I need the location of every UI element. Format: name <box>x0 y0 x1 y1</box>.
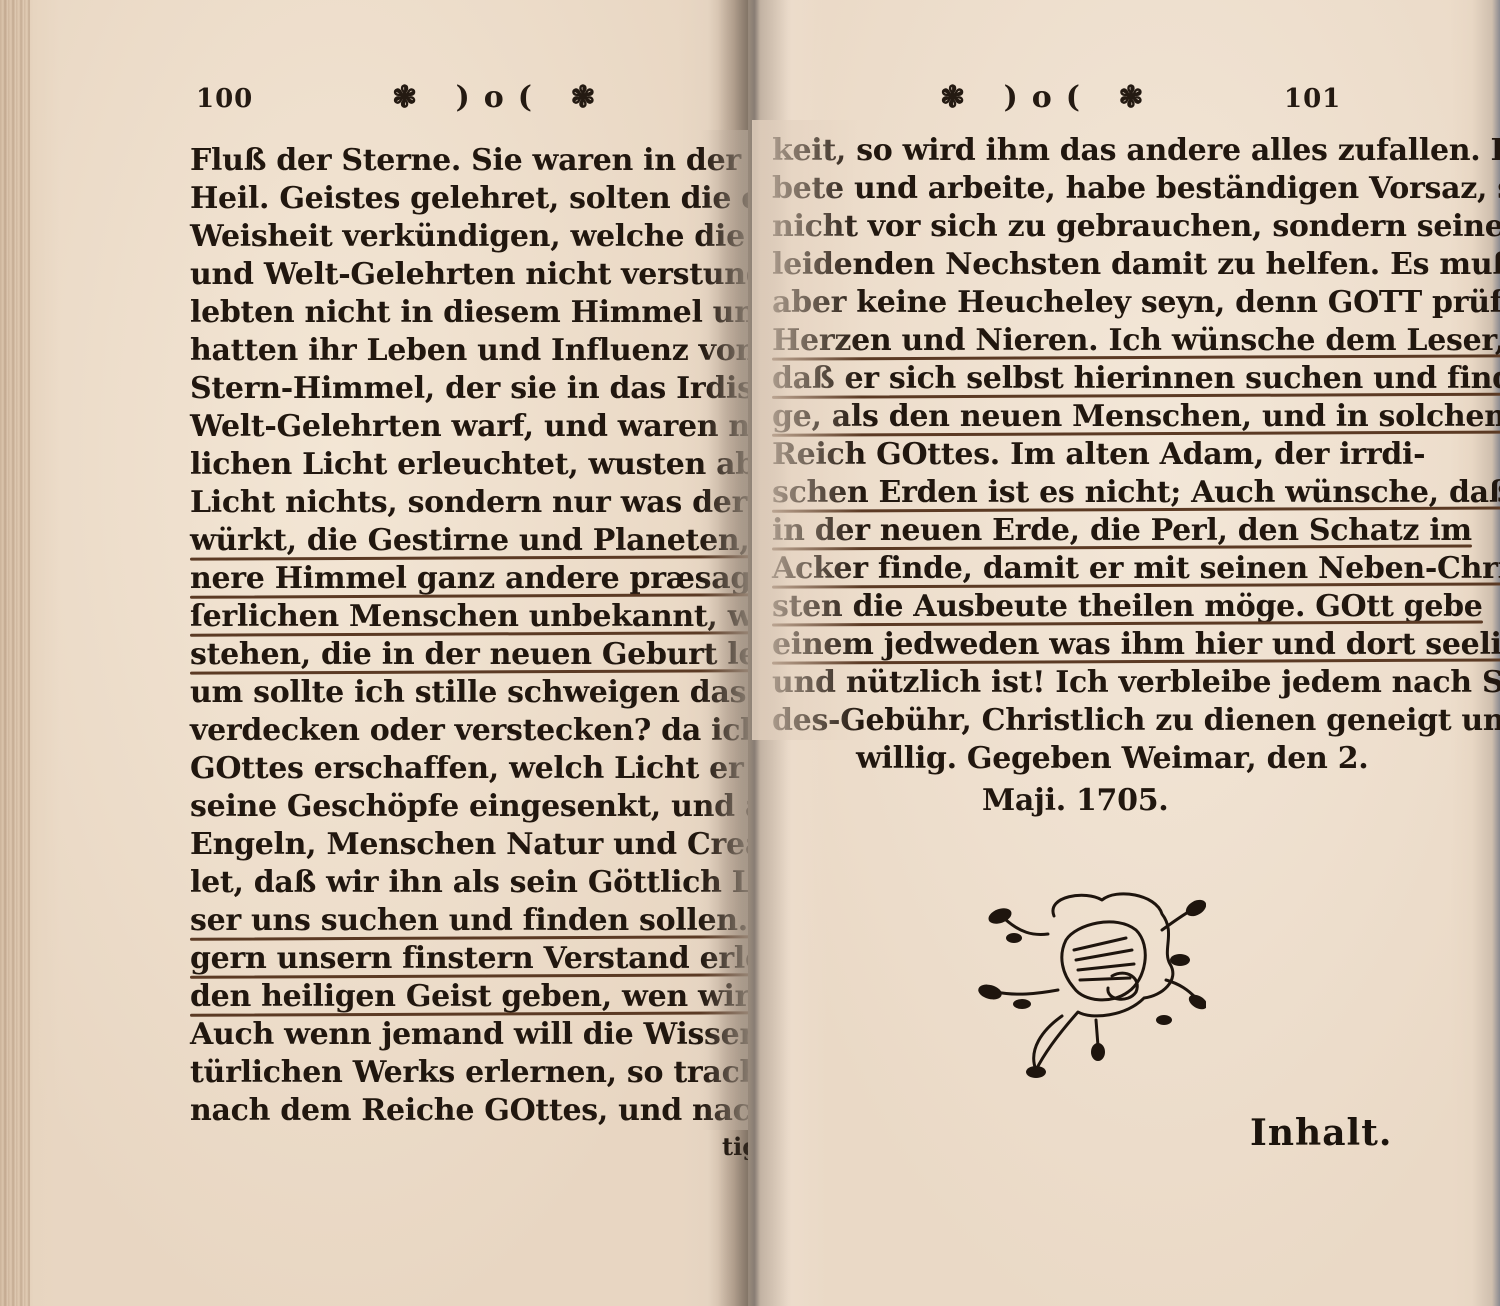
underlined-text-line: in der neuen Erde, die Perl, den Schatz … <box>772 512 1472 550</box>
header-ornament-icon: ❃ )o( ❃ <box>940 80 1158 115</box>
underlined-text-line: ge, als den neuen Menschen, und in solch… <box>772 398 1500 436</box>
left-text-block: Fluß der Sterne. Sie waren in der Schule… <box>190 142 750 1132</box>
page-edges <box>0 0 30 1306</box>
closing-line: willig. Gegeben Weimar, den 2. <box>856 740 1368 778</box>
text-line: keit, so wird ihm das andere alles zufal… <box>772 132 1500 170</box>
underlined-text-line: daß er sich selbst hierinnen suchen und … <box>772 360 1500 398</box>
page-number: 101 <box>1284 84 1341 114</box>
text-line: Reich GOttes. Im alten Adam, der irrdi- <box>772 436 1425 474</box>
book-spread: 100 ❃ )o( ❃ Fluß der Sterne. Sie waren i… <box>0 0 1500 1306</box>
underlined-text-line: sten die Ausbeute theilen möge. GOtt geb… <box>772 588 1483 626</box>
text-line: leidenden Nechsten damit zu helfen. Es m… <box>772 246 1500 284</box>
underlined-text-line: Herzen und Nieren. Ich wünsche dem Leser… <box>772 322 1500 360</box>
right-text-block: keit, so wird ihm das andere alles zufal… <box>772 132 1362 832</box>
text-line: des-Gebühr, Christlich zu dienen geneigt… <box>772 702 1500 740</box>
text-line: bete und arbeite, habe beständigen Vorsa… <box>772 170 1500 208</box>
text-line: nicht vor sich zu gebrauchen, sondern se… <box>772 208 1500 246</box>
header-ornament-icon: ❃ )o( ❃ <box>392 80 610 115</box>
page-number: 100 <box>196 84 253 114</box>
left-page: 100 ❃ )o( ❃ Fluß der Sterne. Sie waren i… <box>0 0 748 1306</box>
catchword: Inhalt. <box>1250 1112 1392 1154</box>
underlined-text-line: einem jedweden was ihm hier und dort see… <box>772 626 1500 664</box>
underlined-text-line: schen Erden ist es nicht; Auch wünsche, … <box>772 474 1500 512</box>
text-line: aber keine Heucheley seyn, denn GOTT prü… <box>772 284 1500 322</box>
closing-date: Maji. 1705. <box>982 782 1168 820</box>
text-line: und nützlich ist! Ich verbleibe jedem na… <box>772 664 1500 702</box>
cornucopia-woodcut-icon <box>966 880 1206 1080</box>
right-page: ❃ )o( ❃ 101 keit, so wird ihm das andere… <box>748 0 1500 1306</box>
underlined-text-line: Acker finde, damit er mit seinen Neben-C… <box>772 550 1500 588</box>
